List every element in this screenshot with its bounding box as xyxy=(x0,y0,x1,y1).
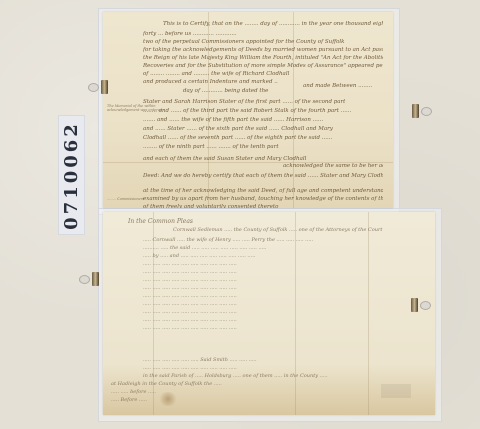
doc-line: at Hadleigh in the County of Suffolk the… xyxy=(111,380,425,388)
signature xyxy=(381,384,411,398)
doc-line: ..... ..... ..... ..... ..... ..... ....… xyxy=(143,268,425,276)
doc-line: acknowledged the same to be her act and xyxy=(283,162,383,170)
doc-line: forty ... before us ............ .......… xyxy=(143,30,383,38)
catalogue-number: 0710062 xyxy=(61,121,82,230)
doc-line: ....... and ...... the wife of the fifth… xyxy=(143,116,383,124)
doc-line: ..... ..... before ..... xyxy=(111,388,425,396)
doc-line: Cornwall Sedleman ..... the County of Su… xyxy=(173,226,425,234)
doc-line: the Reign of his late Majesty King Willi… xyxy=(143,54,383,62)
doc-line: ..... ..... ..... ..... ..... ..... ....… xyxy=(143,276,425,284)
margin-note: ........ Commissioners xyxy=(107,197,144,201)
doc-line: of ........ ........ and ......... the w… xyxy=(143,70,383,78)
bottom-document: In the Common Pleas Cornwall Sedleman ..… xyxy=(103,212,435,415)
doc-line: ..... ..... ..... ..... ..... ..... ....… xyxy=(143,308,425,316)
doc-line: Recoveries and for the Substitution of m… xyxy=(143,62,383,70)
doc-line: ..... ..... ..... ..... ..... ..... ....… xyxy=(143,324,425,332)
binder-clip xyxy=(88,80,118,94)
doc-line: ..... ..... ..... ..... ..... ..... ....… xyxy=(143,300,425,308)
doc-line: of them freely and voluntarily consented… xyxy=(143,203,383,208)
catalogue-number-tag: 0710062 xyxy=(58,115,85,235)
doc-line: and ...... Stater ...... of the sixth pa… xyxy=(143,125,383,133)
doc-line: ..... ..... ..... ..... ..... ..... Said… xyxy=(143,356,425,364)
doc-line: ..... ..... ..... ..... ..... ..... ....… xyxy=(143,260,425,268)
doc-line: ..... ..... ..... ..... ..... ..... ....… xyxy=(143,284,425,292)
doc-line: at the time of her acknowledging the sai… xyxy=(143,187,383,195)
binder-clip xyxy=(79,272,109,286)
doc-line: two of the perpetual Commissioners appoi… xyxy=(143,38,383,46)
doc-line: in the said Parish of ..... Holdsburg ..… xyxy=(143,372,425,380)
doc-line: Stater and Sarah Harrison Stater of the … xyxy=(143,98,383,106)
binder-clip xyxy=(411,298,441,312)
doc-line: and made Between ........ xyxy=(303,82,383,90)
binder-clip xyxy=(412,104,442,118)
doc-line: examined by us apart from her husband, t… xyxy=(143,195,383,203)
doc-heading: In the Common Pleas xyxy=(128,218,425,226)
doc-line: for taking the acknowledgements of Deeds… xyxy=(143,46,383,54)
doc-line: Clodhall ...... of the seventh part ....… xyxy=(143,134,383,142)
doc-line: ..... ..... ..... ..... ..... ..... ....… xyxy=(143,292,425,300)
top-document: The Memorial of the within acknowledgeme… xyxy=(103,12,393,208)
doc-line: This is to Certify, that on the ........… xyxy=(163,20,383,28)
doc-line: ........ of the ninth part ...... ......… xyxy=(143,143,383,151)
doc-line: ........ and ...... of the third part th… xyxy=(143,107,383,115)
doc-line: Deed: And we do hereby certify that each… xyxy=(143,172,383,180)
doc-line: ..... Before ..... xyxy=(111,396,425,404)
doc-line: ..... by ..... and ..... ..... ..... ...… xyxy=(143,252,425,260)
doc-line: .......... ..... the said ..... ..... ..… xyxy=(143,244,425,252)
doc-line: ..... ..... ..... ..... ..... ..... ....… xyxy=(143,364,425,372)
doc-line: ..... ..... ..... ..... ..... ..... ....… xyxy=(143,316,425,324)
doc-line: ..... Cornwall ..... the wife of Henry .… xyxy=(143,236,425,244)
